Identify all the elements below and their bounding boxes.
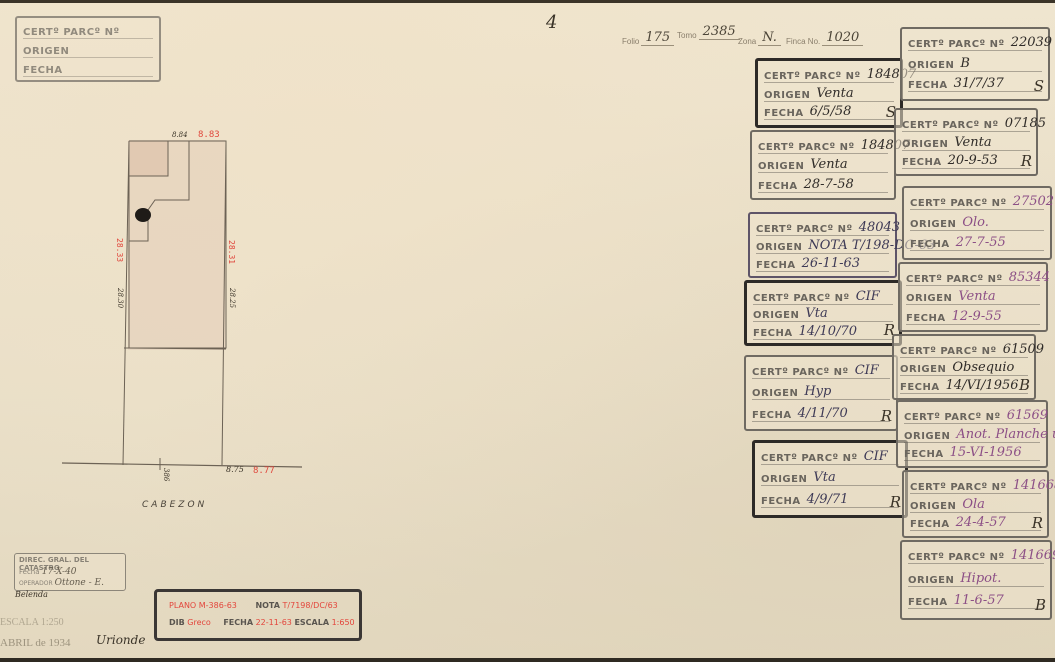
stamp-initial-mark: R	[881, 407, 892, 425]
stamp-value-fecha: 12-9-55	[952, 309, 1002, 324]
stamp-row-fecha: FECHA28-7-58	[758, 174, 888, 193]
stamp-row-cert: CERTº PARCº Nº61569	[904, 405, 1040, 424]
stamp-value-fecha: 4/11/70	[798, 406, 848, 421]
stamp-row-origen: ORIGENAnot. Planche unif.	[904, 424, 1040, 443]
stamp-label-fecha: FECHA	[752, 410, 792, 421]
catastro-fecha-row: Fecha 17-X-40	[19, 567, 77, 577]
stamp-value-cert: 48043	[859, 220, 900, 235]
stamp-initial-mark: R	[1032, 514, 1043, 532]
stamp-value-origen: Venta	[816, 86, 853, 101]
dimension-left: 28.33	[115, 238, 124, 262]
certificate-stamp: CERTº PARCº Nº141669ORIGENHipot.FECHA11-…	[900, 540, 1052, 620]
stamp-value-cert: 141669	[1011, 548, 1055, 563]
stamp-label-origen: ORIGEN	[900, 364, 946, 375]
dimension-right: 28.31	[227, 240, 236, 264]
stamp-value-origen: Hipot.	[960, 571, 1001, 586]
stamp-value-cert: CIF	[856, 289, 880, 304]
nota-label: NOTA	[255, 601, 280, 610]
stamp-value-origen: Vta	[813, 470, 835, 485]
stamp-row-fecha: FECHA15-VI-1956	[904, 442, 1040, 461]
stamp-row-origen: ORIGENObsequio	[900, 357, 1028, 376]
dimension-bottom: 8.77	[253, 466, 275, 476]
stamp-row-fecha: FECHA27-7-55	[910, 232, 1044, 251]
stamp-value-origen: Obsequio	[952, 360, 1014, 375]
stamp-row-cert: CERTº PARCº Nº184807	[764, 64, 894, 83]
plano-row-2: DIB Greco FECHA 22-11-63 ESCALA 1:650	[169, 618, 355, 627]
stamp-label-cert: CERTº PARCº Nº	[752, 367, 849, 378]
stamp-row-fecha: FECHA31/7/37	[908, 73, 1042, 92]
stamp-label-fecha: FECHA	[910, 239, 950, 250]
stamp-row-origen: ORIGENVta	[753, 303, 893, 322]
stamp-row-fecha: FECHA6/5/58	[764, 101, 894, 120]
stamp-row-fecha: FECHA26-11-63	[756, 253, 889, 272]
plano-escala-label: ESCALA	[294, 618, 329, 627]
stamp-value-fecha: 4/9/71	[807, 492, 849, 507]
stamp-value-fecha: 11-6-57	[954, 593, 1004, 608]
scan-edge-bottom	[0, 658, 1055, 662]
dimension-top-handwritten: 8.84	[172, 131, 188, 139]
stamp-label-cert: CERTº PARCº Nº	[910, 198, 1007, 209]
stamp-value-fecha: 14/10/70	[799, 324, 857, 339]
stamp-label-fecha: FECHA	[906, 313, 946, 324]
stamp-row-fecha: FECHA20-9-53	[902, 150, 1030, 169]
stamp-label-origen: ORIGEN	[902, 139, 948, 150]
stamp-label-fecha: FECHA	[904, 449, 944, 460]
catastro-operador-label: OPERADOR	[19, 580, 53, 587]
plano-value: M-386-63	[199, 601, 237, 610]
certificate-stamp: CERTº PARCº Nº22039ORIGENBFECHA31/7/37S	[900, 27, 1050, 101]
stamp-initial-mark: B	[1019, 376, 1030, 394]
stamp-row-fecha: FECHA4/11/70	[752, 403, 890, 422]
plano-box: PLANO M-386-63 NOTA T/7198/DC/63 DIB Gre…	[154, 589, 362, 641]
stamp-label-cert: CERTº PARCº Nº	[908, 39, 1005, 50]
stamp-value-origen: Vta	[805, 306, 827, 321]
stamp-label-cert: CERTº PARCº Nº	[756, 224, 853, 235]
certificate-stamp: CERTº PARCº NºCIFORIGENVtaFECHA4/9/71R	[752, 440, 908, 518]
certificate-stamp: CERTº PARCº NºCIFORIGENVtaFECHA14/10/70R	[744, 280, 902, 346]
plano-fecha-value: 22-11-63	[256, 618, 292, 627]
stamp-value-fecha: 31/7/37	[954, 76, 1004, 91]
stamp-label-origen: ORIGEN	[764, 90, 810, 101]
street-number: 386	[162, 468, 170, 481]
stamp-row-cert: CERTº PARCº NºCIF	[761, 446, 899, 465]
stamp-row-cert: CERTº PARCº Nº61509	[900, 339, 1028, 358]
stamp-row-origen: ORIGENNOTA T/198-DC-63	[756, 235, 889, 254]
stamp-row-fecha: FECHA4/9/71	[761, 489, 899, 508]
stamp-label-cert: CERTº PARCº Nº	[910, 482, 1007, 493]
stamp-label-cert: CERTº PARCº Nº	[906, 274, 1003, 285]
certificate-stamp: CERTº PARCº Nº07185ORIGENVentaFECHA20-9-…	[894, 108, 1038, 176]
stamp-label-fecha: FECHA	[910, 519, 950, 530]
stamp-row-cert: CERTº PARCº NºCIF	[753, 286, 893, 305]
stamp-label-origen: ORIGEN	[756, 242, 802, 253]
stamp-label-origen: ORIGEN	[904, 431, 950, 442]
stamp-label-origen: ORIGEN	[910, 501, 956, 512]
stamp-value-origen: B	[960, 56, 970, 71]
stamp-value-cert: CIF	[855, 363, 879, 378]
stamp-value-fecha: 14/VI/1956	[946, 378, 1019, 393]
plano-label: PLANO	[169, 601, 196, 610]
stamp-value-origen: Olo.	[962, 215, 989, 230]
certificate-stamp: CERTº PARCº Nº184807ORIGENVentaFECHA6/5/…	[755, 58, 903, 128]
stamp-row-cert: CERTº PARCº Nº85344	[906, 267, 1040, 286]
stamp-value-cert: 22039	[1011, 35, 1052, 50]
stamp-row-origen: ORIGENOlo.	[910, 212, 1044, 231]
stamp-row-cert: CERTº PARCº Nº22039	[908, 32, 1042, 51]
stamp-value-fecha: 28-7-58	[804, 177, 854, 192]
stamp-initial-mark: S	[1034, 77, 1044, 95]
stamp-row-cert: CERTº PARCº Nº141668	[910, 475, 1041, 494]
stamp-label-origen: ORIGEN	[761, 474, 807, 485]
stamp-label-origen: ORIGEN	[908, 575, 954, 586]
stamp-row-fecha: FECHA12-9-55	[906, 306, 1040, 325]
stamp-row-origen: ORIGENVenta	[902, 132, 1030, 151]
dimension-bottom-handwritten: 8.75	[226, 465, 244, 474]
stamp-label-fecha: FECHA	[908, 597, 948, 608]
stamp-label-fecha: FECHA	[761, 496, 801, 507]
stamp-value-cert: 141668	[1013, 478, 1055, 493]
stamp-label-fecha: FECHA	[764, 108, 804, 119]
stamp-value-origen: Ola	[962, 497, 985, 512]
stamp-initial-mark: R	[890, 493, 901, 511]
certificate-stamp: CERTº PARCº Nº61569ORIGENAnot. Planche u…	[896, 400, 1048, 468]
catastro-signature: Belenda	[15, 590, 48, 599]
stamp-value-cert: 85344	[1009, 270, 1050, 285]
stamp-label-origen: ORIGEN	[752, 388, 798, 399]
stamp-value-fecha: 26-11-63	[802, 256, 860, 271]
stamp-label-cert: CERTº PARCº Nº	[902, 120, 999, 131]
stamp-row-origen: ORIGENVta	[761, 467, 899, 486]
plano-fecha-label: FECHA	[223, 618, 253, 627]
stamp-row-origen: ORIGENHipot.	[908, 568, 1044, 587]
stamp-value-fecha: 15-VI-1956	[950, 445, 1022, 460]
certificate-stamp: CERTº PARCº Nº141668ORIGENOlaFECHA24-4-5…	[902, 470, 1049, 538]
date-line: ABRIL de 1934	[0, 637, 70, 649]
catastro-operador-row: OPERADOR Ottone - E.	[19, 578, 104, 588]
stamp-value-origen: Venta	[958, 289, 995, 304]
stamp-row-origen: ORIGENVenta	[906, 286, 1040, 305]
certificate-stamp: CERTº PARCº Nº48043ORIGENNOTA T/198-DC-6…	[748, 212, 897, 278]
dib-value: Greco	[187, 618, 211, 627]
date-signature: Urionde	[96, 633, 145, 647]
stamp-row-origen: ORIGENHyp	[752, 381, 890, 400]
stamp-row-cert: CERTº PARCº Nº141669	[908, 545, 1044, 564]
stamp-label-cert: CERTº PARCº Nº	[900, 346, 997, 357]
stamp-label-cert: CERTº PARCº Nº	[761, 453, 858, 464]
stamp-row-fecha: FECHA11-6-57	[908, 590, 1044, 609]
stamp-row-cert: CERTº PARCº Nº184807	[758, 135, 888, 154]
catastro-fecha-label: Fecha	[19, 568, 40, 576]
dib-label: DIB	[169, 618, 185, 627]
stamp-row-fecha: FECHA24-4-57	[910, 512, 1041, 531]
stamp-value-origen: Venta	[954, 135, 991, 150]
stamp-label-fecha: FECHA	[756, 260, 796, 271]
dimension-top: 8.83	[198, 130, 220, 140]
stamp-label-origen: ORIGEN	[758, 161, 804, 172]
stamp-initial-mark: B	[1035, 596, 1046, 614]
stamp-value-cert: 27502	[1013, 194, 1054, 209]
catastro-fecha-value: 17-X-40	[42, 567, 77, 577]
stamp-initial-mark: R	[1021, 152, 1032, 170]
stamp-value-cert: 61569	[1007, 408, 1048, 423]
stamp-value-cert: 61509	[1003, 342, 1044, 357]
stamp-row-origen: ORIGENOla	[910, 494, 1041, 513]
stamp-label-cert: CERTº PARCº Nº	[904, 412, 1001, 423]
stamp-value-origen: Venta	[810, 157, 847, 172]
stamp-value-cert: 07185	[1005, 116, 1046, 131]
stamp-value-cert: CIF	[864, 449, 888, 464]
certificate-stamp: CERTº PARCº Nº85344ORIGENVentaFECHA12-9-…	[898, 262, 1048, 332]
stamp-value-fecha: 27-7-55	[956, 235, 1006, 250]
stamp-value-origen: Anot. Planche unif.	[956, 427, 1055, 442]
plano-row: PLANO M-386-63 NOTA T/7198/DC/63	[169, 601, 338, 610]
street-name: CABEZON	[142, 500, 207, 510]
stamp-label-fecha: FECHA	[900, 382, 940, 393]
stamp-label-fecha: FECHA	[753, 328, 793, 339]
escala-label: ESCALA 1:250	[0, 617, 64, 628]
nota-value: T/7198/DC/63	[283, 601, 338, 610]
stamp-label-cert: CERTº PARCº Nº	[908, 552, 1005, 563]
dimension-left-handwritten: 28.30	[116, 288, 124, 308]
stamp-label-origen: ORIGEN	[906, 293, 952, 304]
stamp-value-fecha: 6/5/58	[810, 104, 852, 119]
certificate-stamp: CERTº PARCº Nº184807ORIGENVentaFECHA28-7…	[750, 130, 896, 200]
stamp-row-cert: CERTº PARCº NºCIF	[752, 360, 890, 379]
stamp-row-origen: ORIGENVenta	[764, 83, 894, 102]
stamp-label-cert: CERTº PARCº Nº	[764, 71, 861, 82]
stamp-row-origen: ORIGENB	[908, 53, 1042, 72]
dimension-right-handwritten: 28.25	[228, 288, 236, 308]
stamp-label-fecha: FECHA	[908, 80, 948, 91]
stamp-label-cert: CERTº PARCº Nº	[758, 142, 855, 153]
stamp-row-fecha: FECHA14/VI/1956	[900, 375, 1028, 394]
stamp-row-cert: CERTº PARCº Nº48043	[756, 217, 889, 236]
certificate-stamp: CERTº PARCº NºCIFORIGENHypFECHA4/11/70R	[744, 355, 898, 431]
stamp-row-origen: ORIGENVenta	[758, 154, 888, 173]
stamp-label-fecha: FECHA	[758, 181, 798, 192]
stamp-row-fecha: FECHA14/10/70	[753, 321, 893, 340]
catastro-stamp: DIREC. GRAL. DEL CATASTRO Fecha 17-X-40 …	[14, 553, 126, 591]
stamp-row-cert: CERTº PARCº Nº27502	[910, 191, 1044, 210]
stamp-value-fecha: 20-9-53	[948, 153, 998, 168]
stamp-value-fecha: 24-4-57	[956, 515, 1006, 530]
stamp-value-origen: Hyp	[804, 384, 831, 399]
stamp-label-origen: ORIGEN	[908, 60, 954, 71]
stamp-label-fecha: FECHA	[902, 157, 942, 168]
plano-escala-value: 1:650	[332, 618, 355, 627]
stamp-row-cert: CERTº PARCº Nº07185	[902, 113, 1030, 132]
catastro-operador-value: Ottone - E.	[55, 578, 104, 588]
certificate-stamp: CERTº PARCº Nº27502ORIGENOlo.FECHA27-7-5…	[902, 186, 1052, 260]
certificate-stamp: CERTº PARCº Nº61509ORIGENObsequioFECHA14…	[892, 334, 1036, 400]
stamp-label-origen: ORIGEN	[910, 219, 956, 230]
